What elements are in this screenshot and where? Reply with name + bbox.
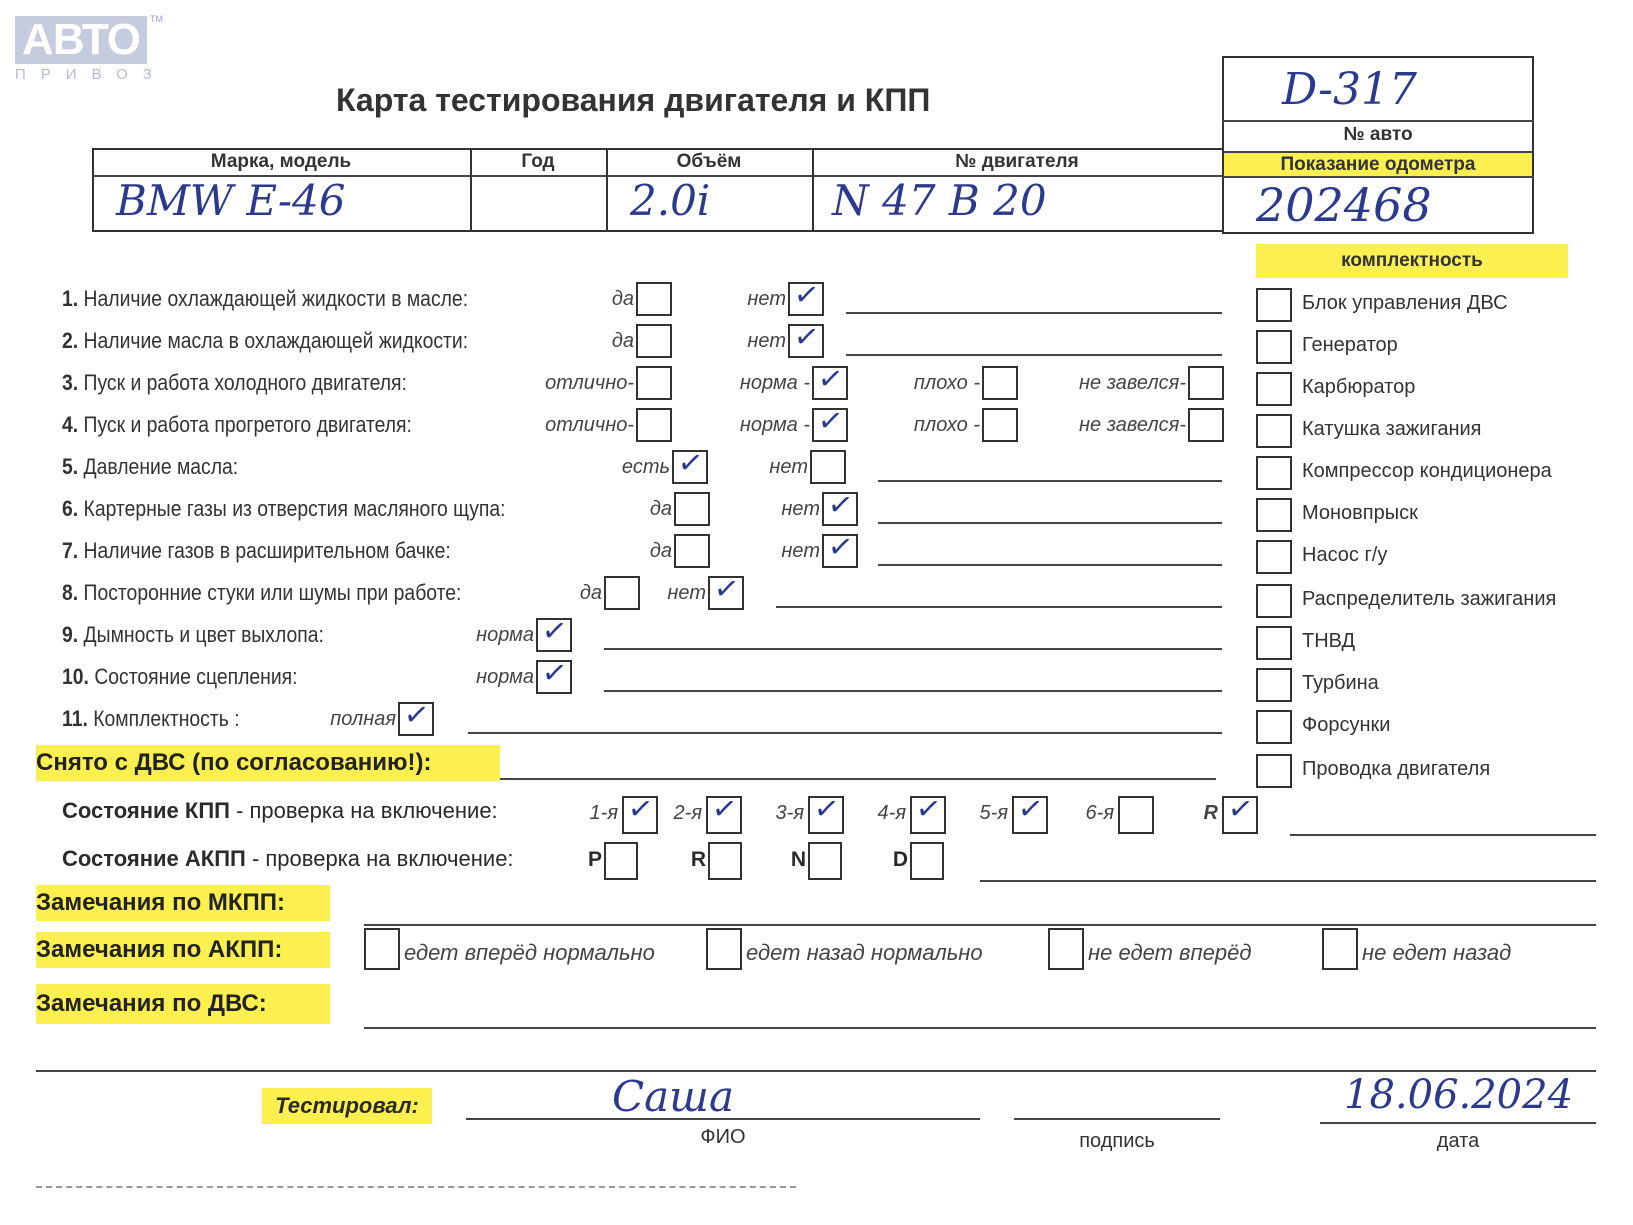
option-checkbox[interactable] xyxy=(636,408,672,442)
akpp-remark-checkbox[interactable] xyxy=(1048,928,1084,970)
kpp-label-rest: - проверка на включение: xyxy=(230,798,498,823)
check-number: 8. xyxy=(62,580,78,605)
option-checkbox[interactable] xyxy=(812,366,848,400)
option-label: полная xyxy=(320,708,396,731)
option-label: не завелся- xyxy=(1062,414,1186,437)
check-number: 5. xyxy=(62,454,78,479)
komplektnost-item-label: ТНВД xyxy=(1302,630,1355,653)
akpp-position-checkbox[interactable] xyxy=(604,842,638,880)
signature-caption: подпись xyxy=(1014,1130,1220,1153)
komplektnost-item-label: Проводка двигателя xyxy=(1302,758,1490,781)
remarks-mkpp-label: Замечания по МКПП: xyxy=(36,885,330,921)
komplektnost-item-label: Моновпрыск xyxy=(1302,502,1418,525)
date-line xyxy=(1320,1122,1596,1124)
remarks-dvs-label: Замечания по ДВС: xyxy=(36,984,330,1024)
gear-label: 3-я xyxy=(764,802,804,825)
komplektnost-checkbox[interactable] xyxy=(1256,584,1292,618)
komplektnost-item-label: Компрессор кондиционера xyxy=(1302,460,1552,483)
option-checkbox[interactable] xyxy=(536,618,572,652)
gear-label: 6-я xyxy=(1070,802,1114,825)
komplektnost-item-label: Распределитель зажигания xyxy=(1302,588,1556,611)
comment-line[interactable] xyxy=(604,690,1222,692)
model-value[interactable]: BMW E-46 xyxy=(116,176,345,225)
option-checkbox[interactable] xyxy=(810,450,846,484)
test-date[interactable]: 18.06.2024 xyxy=(1344,1072,1573,1118)
option-label: плохо - xyxy=(902,372,980,395)
logo: АВТО xyxy=(15,16,147,64)
name-line xyxy=(466,1118,980,1120)
divider xyxy=(1222,120,1534,122)
gear-checkbox[interactable] xyxy=(706,796,742,834)
check-row-label: 4. Пуск и работа прогретого двигателя: xyxy=(62,412,412,438)
gear-label: R xyxy=(1180,802,1218,825)
option-checkbox[interactable] xyxy=(536,660,572,694)
komplektnost-checkbox[interactable] xyxy=(1256,498,1292,532)
check-label: Состояние сцепления: xyxy=(94,664,297,689)
akpp-line[interactable] xyxy=(980,880,1596,882)
option-label: норма - xyxy=(724,414,810,437)
akpp-remark-label: не едет назад xyxy=(1362,940,1511,966)
check-label: Картерные газы из отверстия масляного щу… xyxy=(84,496,506,521)
removed-line[interactable] xyxy=(500,778,1216,780)
col-header-engine-no: № двигателя xyxy=(812,151,1222,173)
akpp-label-bold: Состояние АКПП xyxy=(62,846,246,871)
option-checkbox[interactable] xyxy=(812,408,848,442)
option-checkbox[interactable] xyxy=(982,366,1018,400)
check-row-label: 9. Дымность и цвет выхлопа: xyxy=(62,622,324,648)
remarks-akpp-label: Замечания по АКПП: xyxy=(36,932,330,968)
check-row-label: 6. Картерные газы из отверстия масляного… xyxy=(62,496,506,522)
engine-no-value[interactable]: N 47 B 20 xyxy=(832,176,1047,225)
option-label: нет xyxy=(758,456,808,479)
komplektnost-checkbox[interactable] xyxy=(1256,456,1292,490)
comment-line[interactable] xyxy=(846,312,1222,314)
check-label: Наличие охлаждающей жидкости в масле: xyxy=(84,286,469,311)
option-label: есть xyxy=(612,456,670,479)
comment-line[interactable] xyxy=(846,354,1222,356)
option-checkbox[interactable] xyxy=(1188,366,1224,400)
komplektnost-checkbox[interactable] xyxy=(1256,330,1292,364)
akpp-position-label: P xyxy=(580,848,602,872)
col-header-model: Марка, модель xyxy=(92,151,470,173)
option-checkbox[interactable] xyxy=(822,492,858,526)
akpp-remark-checkbox[interactable] xyxy=(1322,928,1358,970)
option-label: нет xyxy=(724,288,786,311)
option-checkbox[interactable] xyxy=(636,366,672,400)
name-caption: ФИО xyxy=(466,1126,980,1149)
option-checkbox[interactable] xyxy=(982,408,1018,442)
option-checkbox[interactable] xyxy=(398,702,434,736)
akpp-position-label: R xyxy=(682,848,706,872)
gear-checkbox[interactable] xyxy=(808,796,844,834)
volume-value[interactable]: 2.0i xyxy=(630,176,710,225)
check-label: Пуск и работа холодного двигателя: xyxy=(84,370,407,395)
comment-line[interactable] xyxy=(468,732,1222,734)
option-label: да xyxy=(642,540,672,563)
option-label: нет xyxy=(758,498,820,521)
comment-line[interactable] xyxy=(878,564,1222,566)
komplektnost-checkbox[interactable] xyxy=(1256,668,1292,702)
akpp-position-checkbox[interactable] xyxy=(808,842,842,880)
option-checkbox[interactable] xyxy=(1188,408,1224,442)
check-row-label: 5. Давление масла: xyxy=(62,454,238,480)
gear-label: 2-я xyxy=(662,802,702,825)
option-label: норма xyxy=(466,624,534,647)
option-label: да xyxy=(600,288,634,311)
col-header-volume: Объём xyxy=(606,151,812,173)
gear-label: 4-я xyxy=(866,802,906,825)
option-checkbox[interactable] xyxy=(788,324,824,358)
check-number: 3. xyxy=(62,370,78,395)
comment-line[interactable] xyxy=(604,648,1222,650)
check-row-label: 3. Пуск и работа холодного двигателя: xyxy=(62,370,407,396)
check-number: 7. xyxy=(62,538,78,563)
akpp-position-label: D xyxy=(886,848,908,872)
option-label: отлично- xyxy=(534,372,634,395)
remarks-mkpp-line[interactable] xyxy=(364,924,1596,926)
check-label: Наличие газов в расширительном бачке: xyxy=(84,538,451,563)
check-number: 6. xyxy=(62,496,78,521)
komplektnost-item-label: Генератор xyxy=(1302,334,1398,357)
gear-checkbox[interactable] xyxy=(1012,796,1048,834)
car-number-value[interactable]: D-317 xyxy=(1282,64,1417,115)
kpp-label-bold: Состояние КПП xyxy=(62,798,230,823)
option-checkbox[interactable] xyxy=(708,576,744,610)
option-checkbox[interactable] xyxy=(788,282,824,316)
comment-line[interactable] xyxy=(776,606,1222,608)
odometer-value[interactable]: 202468 xyxy=(1256,178,1432,232)
kpp-line[interactable] xyxy=(1290,834,1596,836)
page-title: Карта тестирования двигателя и КПП xyxy=(336,82,930,119)
komplektnost-item-label: Карбюратор xyxy=(1302,376,1415,399)
gear-checkbox[interactable] xyxy=(1118,796,1154,834)
option-checkbox[interactable] xyxy=(674,534,710,568)
gear-label: 5-я xyxy=(968,802,1008,825)
option-label: норма - xyxy=(724,372,810,395)
option-label: нет xyxy=(724,330,786,353)
tester-name[interactable]: Саша xyxy=(612,1072,734,1121)
gear-checkbox[interactable] xyxy=(622,796,658,834)
option-checkbox[interactable] xyxy=(822,534,858,568)
signature-line[interactable] xyxy=(1014,1118,1220,1120)
check-number: 10. xyxy=(62,664,89,689)
cut-line xyxy=(36,1186,796,1188)
remarks-dvs-line[interactable] xyxy=(364,1027,1596,1029)
komplektnost-checkbox[interactable] xyxy=(1256,372,1292,406)
check-number: 11. xyxy=(62,706,88,731)
option-label: не завелся- xyxy=(1062,372,1186,395)
akpp-position-label: N xyxy=(784,848,806,872)
check-label: Посторонние стуки или шумы при работе: xyxy=(84,580,462,605)
akpp-remark-checkbox[interactable] xyxy=(706,928,742,970)
akpp-label-rest: - проверка на включение: xyxy=(246,846,514,871)
comment-line[interactable] xyxy=(878,522,1222,524)
komplektnost-checkbox[interactable] xyxy=(1256,540,1292,574)
option-checkbox[interactable] xyxy=(672,450,708,484)
tested-label: Тестировал: xyxy=(262,1088,432,1124)
comment-line[interactable] xyxy=(878,480,1222,482)
check-row-label: 10. Состояние сцепления: xyxy=(62,664,298,690)
akpp-remark-label: едет назад нормально xyxy=(746,940,983,966)
check-label: Дымность и цвет выхлопа: xyxy=(84,622,324,647)
komplektnost-checkbox[interactable] xyxy=(1256,754,1292,788)
logo-subtitle: ПРИВОЗ xyxy=(15,66,167,83)
check-row-label: 2. Наличие масла в охлаждающей жидкости: xyxy=(62,328,468,354)
kpp-label: Состояние КПП - проверка на включение: xyxy=(62,798,498,824)
akpp-label: Состояние АКПП - проверка на включение: xyxy=(62,846,514,872)
option-label: норма xyxy=(466,666,534,689)
gear-label: 1-я xyxy=(560,802,618,825)
option-checkbox[interactable] xyxy=(636,282,672,316)
gear-checkbox[interactable] xyxy=(1222,796,1258,834)
option-label: нет xyxy=(658,582,706,605)
check-row-label: 7. Наличие газов в расширительном бачке: xyxy=(62,538,451,564)
check-label: Давление масла: xyxy=(84,454,239,479)
date-caption: дата xyxy=(1320,1130,1596,1153)
akpp-remark-label: едет вперёд нормально xyxy=(404,940,655,966)
option-checkbox[interactable] xyxy=(636,324,672,358)
check-label: Комплектность : xyxy=(93,706,239,731)
akpp-remark-label: не едет вперёд xyxy=(1088,940,1252,966)
col-header-year: Год xyxy=(470,151,606,173)
removed-label: Снято с ДВС (по согласованию!): xyxy=(36,745,500,781)
komplektnost-checkbox[interactable] xyxy=(1256,288,1292,322)
akpp-position-checkbox[interactable] xyxy=(910,842,944,880)
akpp-remark-checkbox[interactable] xyxy=(364,928,400,970)
komplektnost-item-label: Катушка зажигания xyxy=(1302,418,1482,441)
komplektnost-title: комплектность xyxy=(1256,244,1568,278)
gear-checkbox[interactable] xyxy=(910,796,946,834)
komplektnost-item-label: Форсунки xyxy=(1302,714,1390,737)
akpp-position-checkbox[interactable] xyxy=(708,842,742,880)
check-row-label: 8. Посторонние стуки или шумы при работе… xyxy=(62,580,461,606)
check-number: 1. xyxy=(62,286,78,311)
komplektnost-checkbox[interactable] xyxy=(1256,626,1292,660)
option-label: отлично- xyxy=(534,414,634,437)
komplektnost-item-label: Турбина xyxy=(1302,672,1379,695)
check-label: Пуск и работа прогретого двигателя: xyxy=(84,412,412,437)
komplektnost-item-label: Насос г/у xyxy=(1302,544,1387,567)
komplektnost-item-label: Блок управления ДВС xyxy=(1302,292,1508,315)
komplektnost-checkbox[interactable] xyxy=(1256,414,1292,448)
logo-trademark: TM xyxy=(150,14,163,24)
komplektnost-checkbox[interactable] xyxy=(1256,710,1292,744)
option-label: нет xyxy=(758,540,820,563)
check-row-label: 1. Наличие охлаждающей жидкости в масле: xyxy=(62,286,468,312)
check-number: 4. xyxy=(62,412,78,437)
option-label: плохо - xyxy=(902,414,980,437)
check-number: 9. xyxy=(62,622,78,647)
option-checkbox[interactable] xyxy=(604,576,640,610)
check-row-label: 11. Комплектность : xyxy=(62,706,240,732)
check-label: Наличие масла в охлаждающей жидкости: xyxy=(84,328,469,353)
car-number-label: № авто xyxy=(1222,124,1534,146)
option-label: да xyxy=(574,582,602,605)
option-checkbox[interactable] xyxy=(674,492,710,526)
check-number: 2. xyxy=(62,328,78,353)
option-label: да xyxy=(642,498,672,521)
odometer-label: Показание одометра xyxy=(1224,153,1532,176)
option-label: да xyxy=(600,330,634,353)
